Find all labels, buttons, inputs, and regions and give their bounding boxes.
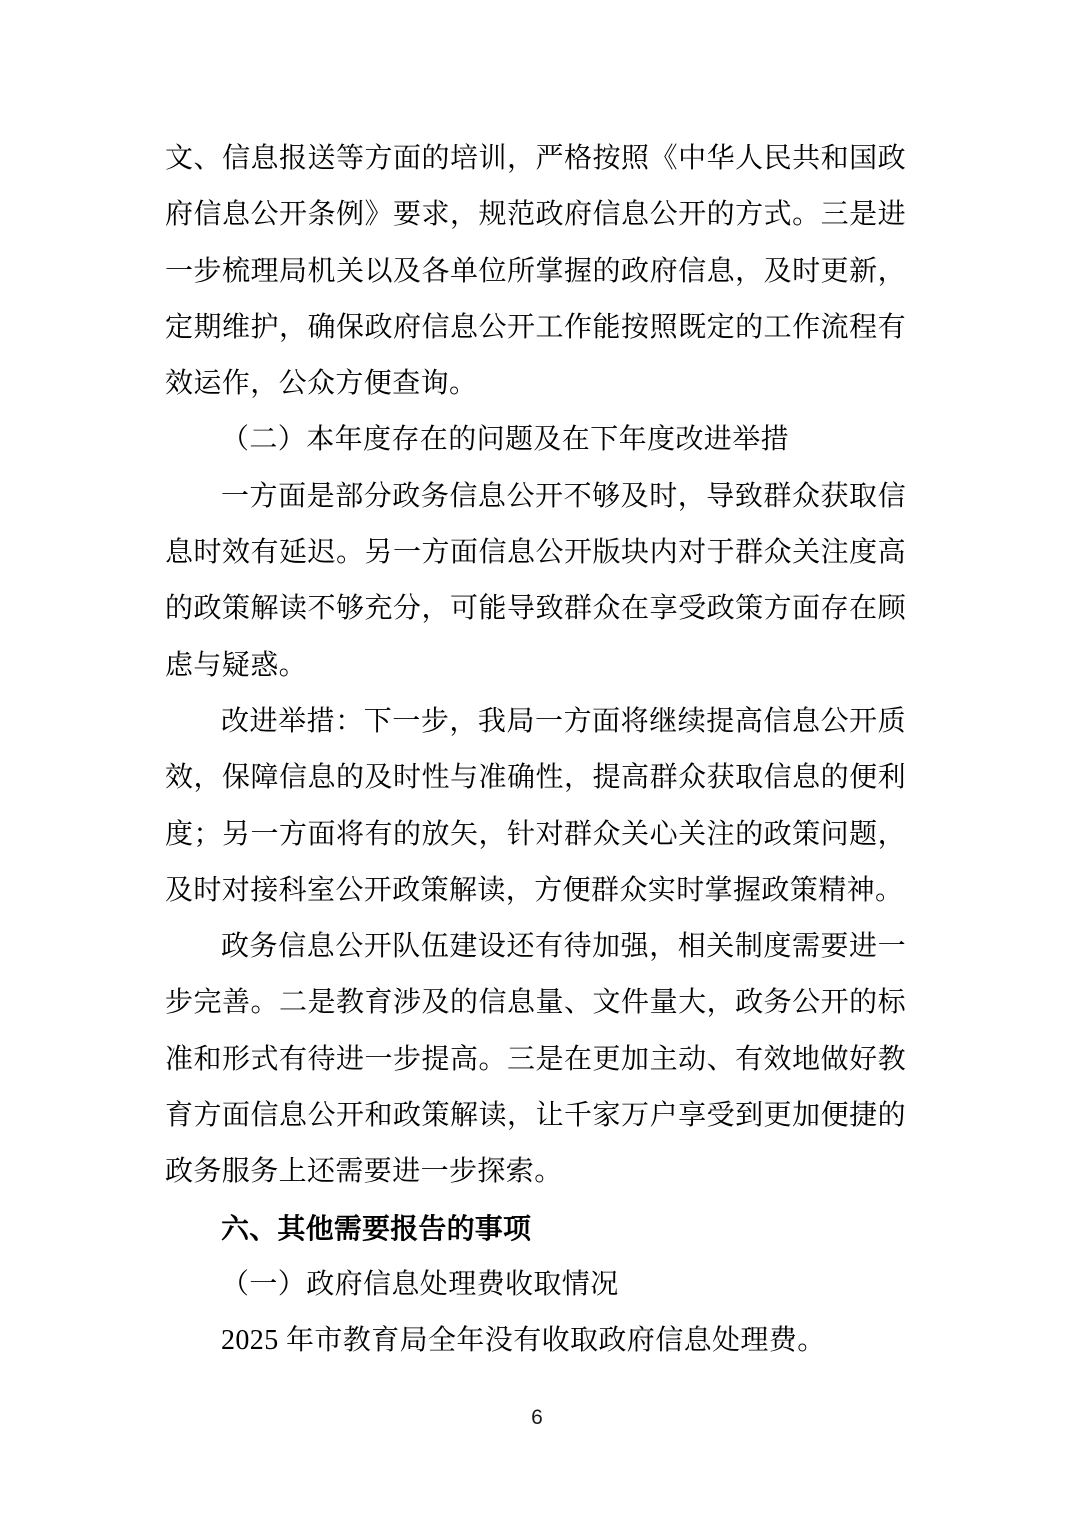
paragraph-improvement-measures: 改进举措：下一步，我局一方面将继续提高信息公开质效，保障信息的及时性与准确性，提…	[165, 694, 906, 919]
paragraph-no-fee-collected: 2025 年市教育局全年没有收取政府信息处理费。	[165, 1313, 906, 1369]
paragraph-problems-description: 一方面是部分政务信息公开不够及时，导致群众获取信息时效有延迟。另一方面信息公开版…	[165, 469, 906, 694]
paragraph-team-building-exploration: 政务信息公开队伍建设还有待加强，相关制度需要进一步完善。二是教育涉及的信息量、文…	[165, 919, 906, 1200]
paragraph-continued-training-measures: 文、信息报送等方面的培训，严格按照《中华人民共和国政府信息公开条例》要求，规范政…	[165, 131, 906, 412]
section-heading-other-matters: 六、其他需要报告的事项	[165, 1201, 906, 1257]
document-body: 文、信息报送等方面的培训，严格按照《中华人民共和国政府信息公开条例》要求，规范政…	[165, 131, 906, 1370]
page-number: 6	[0, 1405, 1074, 1431]
subheading-processing-fee: （一）政府信息处理费收取情况	[165, 1257, 906, 1313]
subheading-problems-and-improvements: （二）本年度存在的问题及在下年度改进举措	[165, 412, 906, 468]
document-page: 文、信息报送等方面的培训，严格按照《中华人民共和国政府信息公开条例》要求，规范政…	[0, 0, 1074, 1520]
